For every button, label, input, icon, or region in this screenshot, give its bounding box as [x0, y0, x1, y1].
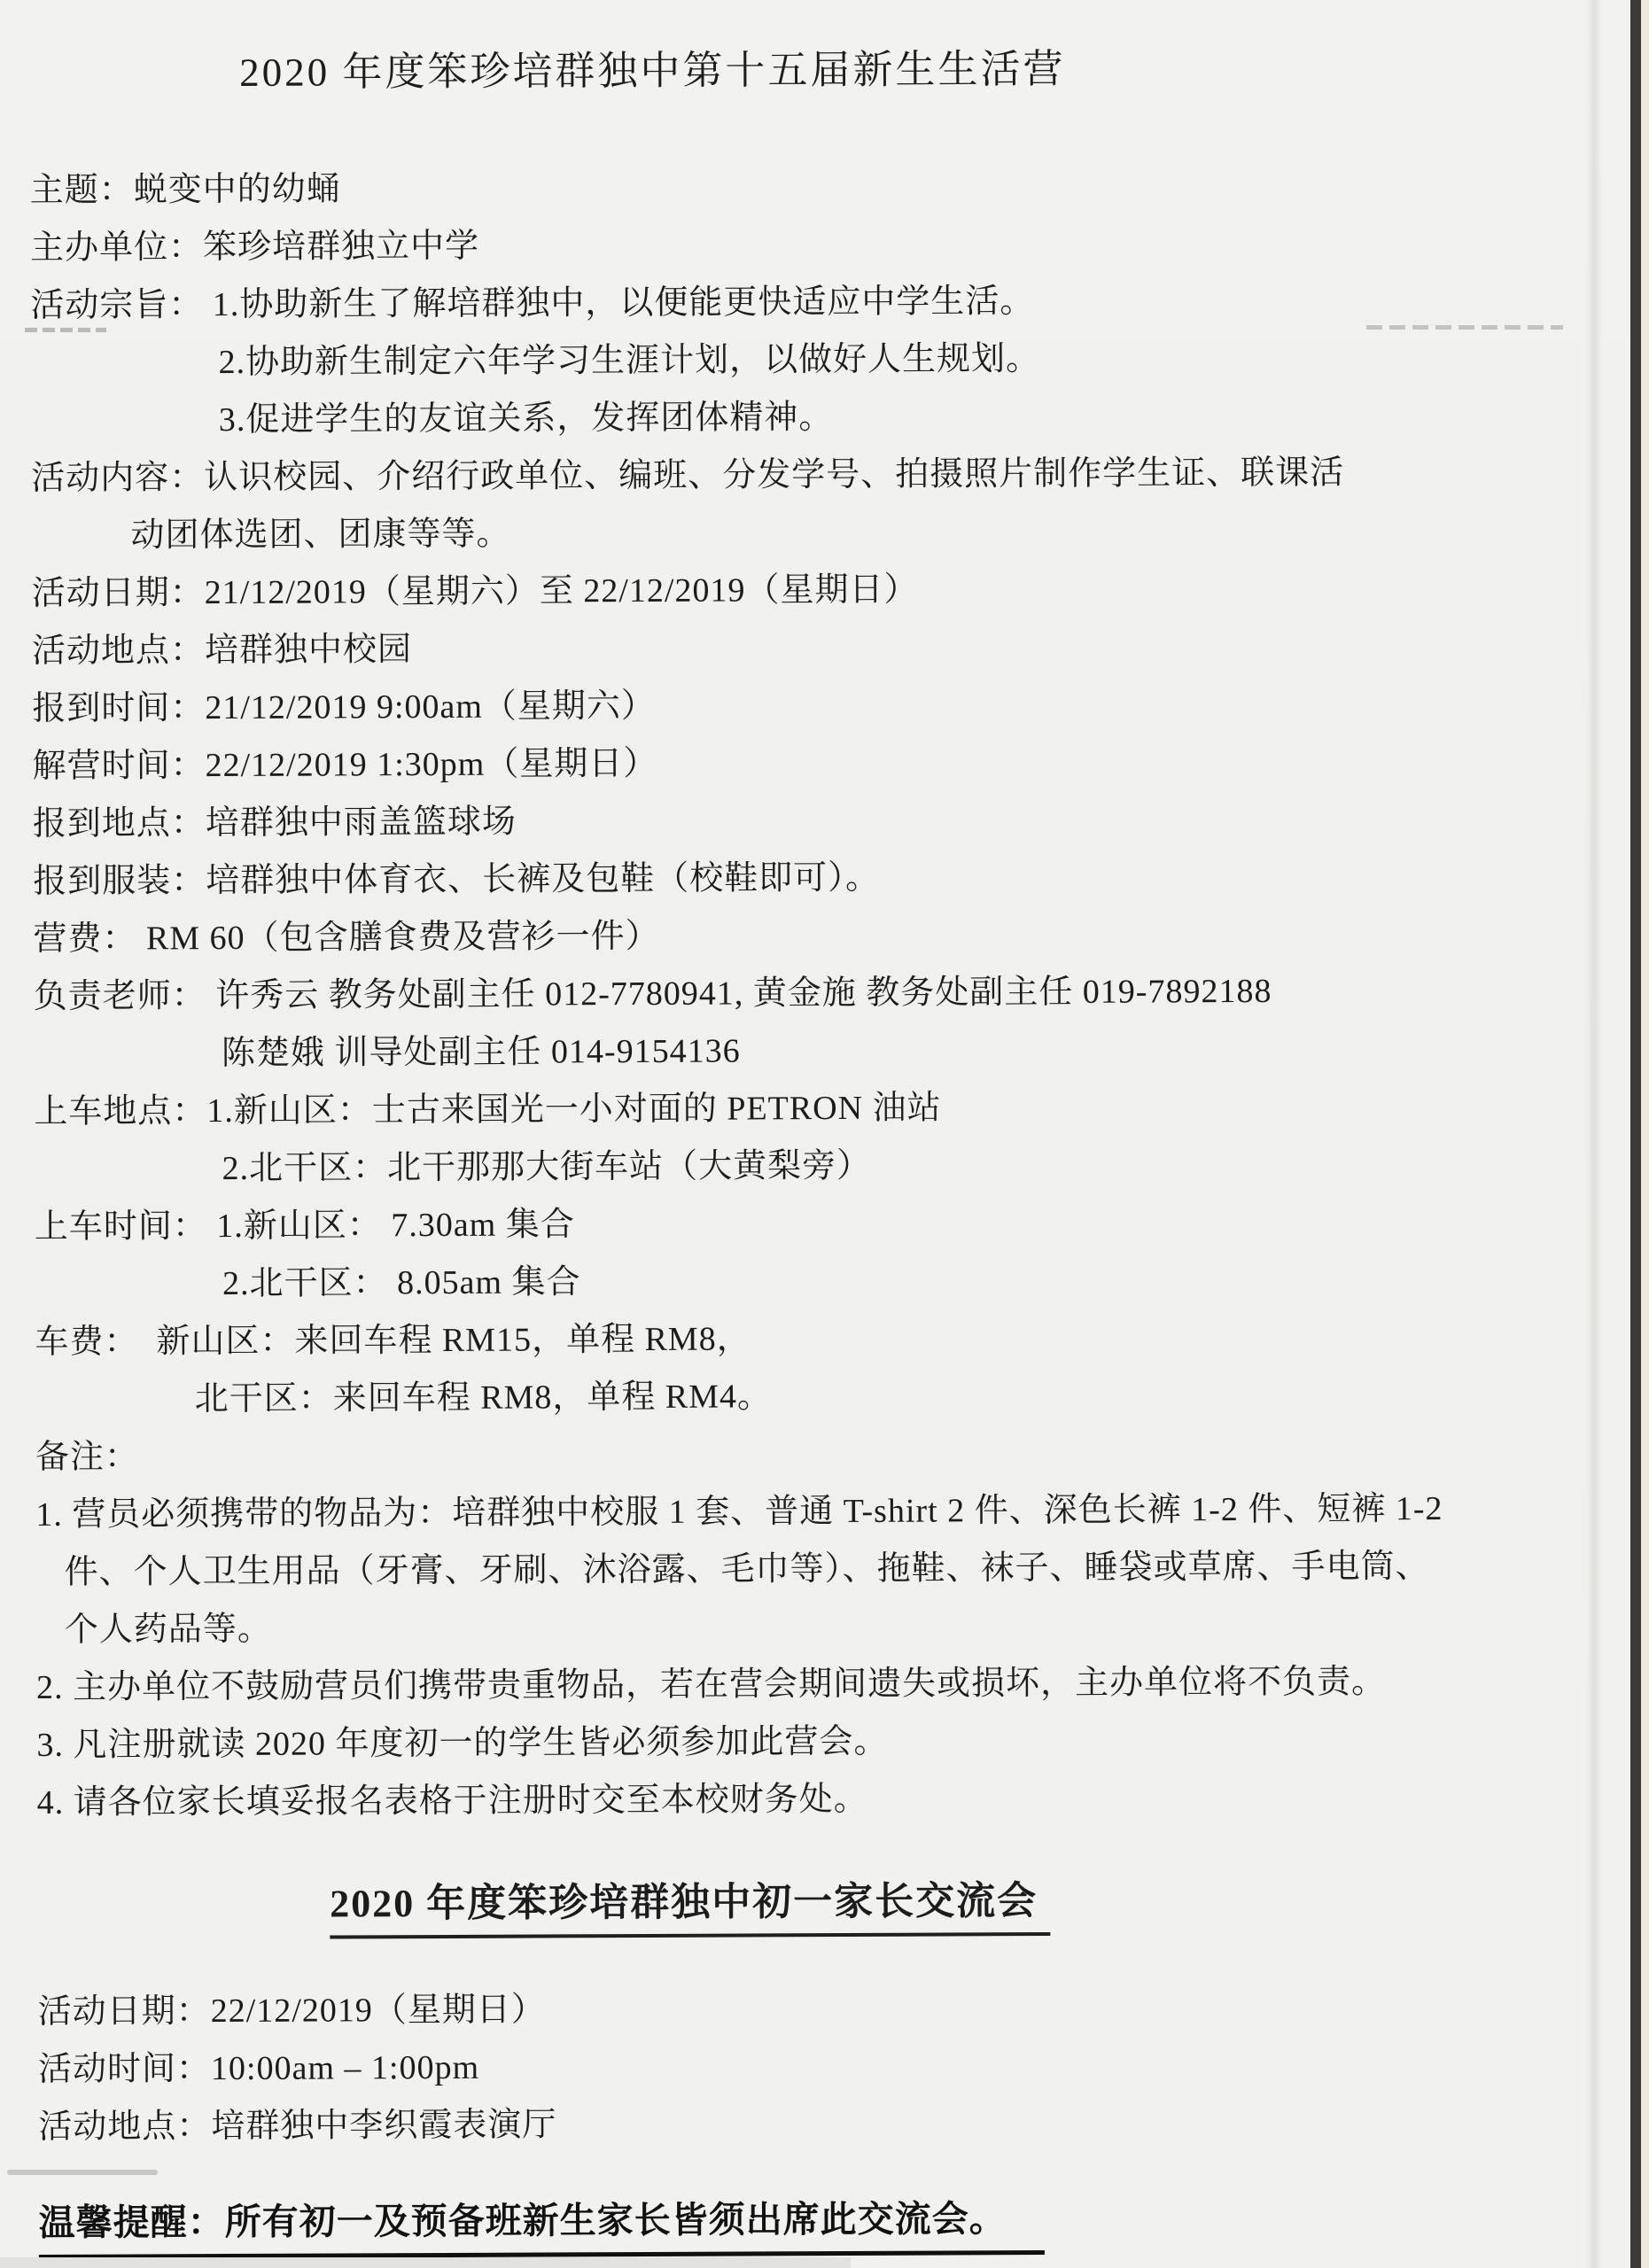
scanned-document-page: 2020 年度笨珍培群独中第十五届新生生活营 主题：蜕变中的幼蛹 主办单位：笨珍…	[0, 0, 1649, 2268]
camp-line-objective-3: 3.促进学生的友谊关系，发挥团体精神。	[31, 385, 1626, 450]
camp-line-busfare-2: 北干区：来回车程 RM8，单程 RM4。	[35, 1364, 1630, 1429]
document-content: 2020 年度笨珍培群独中第十五届新生生活营 主题：蜕变中的幼蛹 主办单位：笨珍…	[29, 34, 1634, 2259]
camp-line-pickup-place-2: 2.北干区：北干那那大街车站（大黄梨旁）	[34, 1134, 1629, 1199]
scan-artifact-line-right	[1366, 325, 1563, 330]
scan-edge-dark-band	[1630, 0, 1641, 2268]
camp-line-fee: 营费： RM 60（包含膳食费及营衫一件）	[33, 904, 1628, 968]
camp-line-dismissal-time: 解营时间：22/12/2019 1:30pm（星期日）	[32, 731, 1627, 796]
meeting-reminder: 温馨提醒：所有初一及预备班新生家长皆须出席此交流会。	[39, 2189, 1045, 2259]
camp-line-note1-c: 个人药品等。	[36, 1595, 1631, 1659]
camp-line-teachers-2: 陈楚娥 训导处副主任 014-9154136	[34, 1019, 1629, 1084]
meeting-title: 2020 年度笨珍培群独中初一家长交流会	[330, 1868, 1050, 1939]
scan-crease-shadow	[1586, 0, 1602, 2268]
camp-line-objective-2: 2.协助新生制定六年学习生涯计划，以做好人生规划。	[30, 328, 1625, 392]
camp-line-busfare-1: 车费： 新山区：来回车程 RM15，单程 RM8，	[35, 1307, 1630, 1371]
camp-line-checkin-time: 报到时间：21/12/2019 9:00am（星期六）	[32, 673, 1627, 738]
scan-artifact-streak	[7, 2170, 158, 2175]
scan-edge-cream-strip	[1641, 0, 1649, 2268]
meeting-line-venue: 活动地点：培群独中李织霞表演厅	[38, 2092, 1633, 2156]
camp-line-activities-1: 活动内容：认识校园、介绍行政单位、编班、分发学号、拍摄照片制作学生证、联课活	[31, 443, 1626, 508]
camp-line-checkin-place: 报到地点：培群独中雨盖篮球场	[33, 788, 1628, 853]
camp-line-note1-b: 件、个人卫生用品（牙膏、牙刷、沐浴露、毛巾等）、拖鞋、袜子、睡袋或草席、手电筒、	[35, 1537, 1630, 1602]
camp-line-pickup-time-2: 2.北干区： 8.05am 集合	[35, 1249, 1630, 1314]
camp-line-teachers-1: 负责老师： 许秀云 教务处副主任 012-7780941, 黄金施 教务处副主任…	[34, 961, 1629, 1026]
meeting-line-time: 活动时间：10:00am – 1:00pm	[38, 2034, 1633, 2099]
camp-line-attire: 报到服装：培群独中体育衣、长裤及包鞋（校鞋即可）。	[33, 846, 1628, 911]
camp-line-theme: 主题：蜕变中的幼蛹	[30, 155, 1625, 220]
camp-section: 主题：蜕变中的幼蛹 主办单位：笨珍培群独立中学 活动宗旨： 1.协助新生了解培群…	[30, 155, 1632, 1832]
camp-line-note2: 2. 主办单位不鼓励营员们携带贵重物品，若在营会期间遗失或损坏，主办单位将不负责…	[36, 1652, 1631, 1717]
camp-line-venue: 活动地点：培群独中校园	[32, 616, 1627, 680]
camp-line-notes-heading: 备注：	[35, 1422, 1630, 1487]
camp-title: 2020 年度笨珍培群独中第十五届新生生活营	[239, 34, 1624, 97]
camp-line-note3: 3. 凡注册就读 2020 年度初一的学生皆必须参加此营会。	[36, 1710, 1631, 1775]
meeting-line-date: 活动日期：22/12/2019（星期日）	[38, 1977, 1633, 2041]
camp-line-note1-a: 1. 营员必须携带的物品为：培群独中校服 1 套、普通 T-shirt 2 件、…	[35, 1480, 1630, 1544]
meeting-section: 活动日期：22/12/2019（星期日） 活动时间：10:00am – 1:00…	[38, 1977, 1634, 2156]
camp-line-activities-2: 动团体选团、团康等等。	[31, 501, 1626, 565]
scan-artifact-line-left	[25, 328, 106, 332]
camp-line-organizer: 主办单位：笨珍培群独立中学	[30, 213, 1625, 277]
camp-line-pickup-place-1: 上车地点：1.新山区：士古来国光一小对面的 PETRON 油站	[34, 1076, 1629, 1141]
scan-bottom-edge	[0, 2257, 851, 2268]
camp-line-pickup-time-1: 上车时间： 1.新山区： 7.30am 集合	[35, 1192, 1630, 1256]
camp-line-date: 活动日期：21/12/2019（星期六）至 22/12/2019（星期日）	[32, 558, 1627, 623]
camp-line-note4: 4. 请各位家长填妥报名表格于注册时交至本校财务处。	[37, 1767, 1632, 1832]
